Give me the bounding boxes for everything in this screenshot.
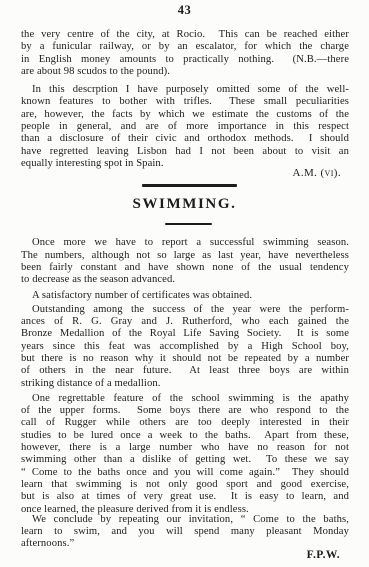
section-divider-top-rule xyxy=(142,184,237,187)
text-line: however, there is a large number who hav… xyxy=(21,442,349,454)
text-line: but is also at times of very great use. … xyxy=(21,491,349,503)
text-line: are, however, the facts by which we esti… xyxy=(21,109,349,121)
paragraph: A satisfactory number of certificates wa… xyxy=(21,290,349,302)
text-line: ances of R. G. Gray and J. Rutherford, w… xyxy=(21,316,349,328)
text-line: learn to swim, and you will spend many p… xyxy=(21,526,349,538)
intro-section: the very centre of the city, at Rocio. T… xyxy=(21,29,349,179)
text-line: One regrettable feature of the school sw… xyxy=(21,393,349,405)
text-line: “ Come to the baths once and you will co… xyxy=(21,467,349,479)
document-page: 43 the very centre of the city, at Rocio… xyxy=(0,0,369,567)
paragraph: In this descrption I have purposely omit… xyxy=(21,84,349,170)
text-line: A satisfactory number of certificates wa… xyxy=(21,290,349,302)
section-title: SWIMMING. xyxy=(0,196,369,213)
text-line: of others in the near future. At least t… xyxy=(21,365,349,377)
intro-paragraphs: the very centre of the city, at Rocio. T… xyxy=(21,29,349,170)
text-line: by a funicular railway, or by an escalat… xyxy=(21,41,349,53)
text-line: to decrease as the season advanced. xyxy=(21,274,349,286)
swimming-section: Once more we have to report a successful… xyxy=(21,237,349,560)
text-line: Bronze Medallion of the Royal Life Savin… xyxy=(21,328,349,340)
text-line: known features to bother with trifles. T… xyxy=(21,96,349,108)
text-line: In this descrption I have purposely omit… xyxy=(21,84,349,96)
text-line: We conclude by repeating our invitation,… xyxy=(21,514,349,526)
text-line: people in general, and are of more impor… xyxy=(21,121,349,133)
text-line: striking distance of a medallion. xyxy=(21,378,349,390)
paragraph: We conclude by repeating our invitation,… xyxy=(21,514,349,551)
text-line: years since this feat was accomplished b… xyxy=(21,341,349,353)
text-line: Once more we have to report a successful… xyxy=(21,237,349,249)
text-line: learn that swimming is not only good spo… xyxy=(21,479,349,491)
page-number: 43 xyxy=(0,4,369,17)
text-line: swimming other than a dislike of getting… xyxy=(21,454,349,466)
text-line: The numbers, although not so large as la… xyxy=(21,250,349,262)
paragraph: Outstanding among the success of the yea… xyxy=(21,304,349,390)
text-line: of the upper forms. Some boys there are … xyxy=(21,405,349,417)
text-line: have regretted leaving Lisbon had I not … xyxy=(21,146,349,158)
paragraph: the very centre of the city, at Rocio. T… xyxy=(21,29,349,78)
text-line: call of Rugger while others are too deep… xyxy=(21,417,349,429)
text-line: studies to be lured once a week to the b… xyxy=(21,430,349,442)
text-line: are about 98 scudos to the pound). xyxy=(21,66,349,78)
text-line: Outstanding among the success of the yea… xyxy=(21,304,349,316)
paragraph: One regrettable feature of the school sw… xyxy=(21,393,349,516)
section-paragraphs: Once more we have to report a successful… xyxy=(21,237,349,550)
section-divider-bottom-rule xyxy=(165,223,212,226)
text-line: in English money amounts to practically … xyxy=(21,54,349,66)
text-line: the very centre of the city, at Rocio. T… xyxy=(21,29,349,41)
text-line: been fairly constant and have shown none… xyxy=(21,262,349,274)
text-line: but there is no reason why it should not… xyxy=(21,353,349,365)
paragraph: Once more we have to report a successful… xyxy=(21,237,349,286)
text-line: than a disclosure of their civic and ort… xyxy=(21,133,349,145)
